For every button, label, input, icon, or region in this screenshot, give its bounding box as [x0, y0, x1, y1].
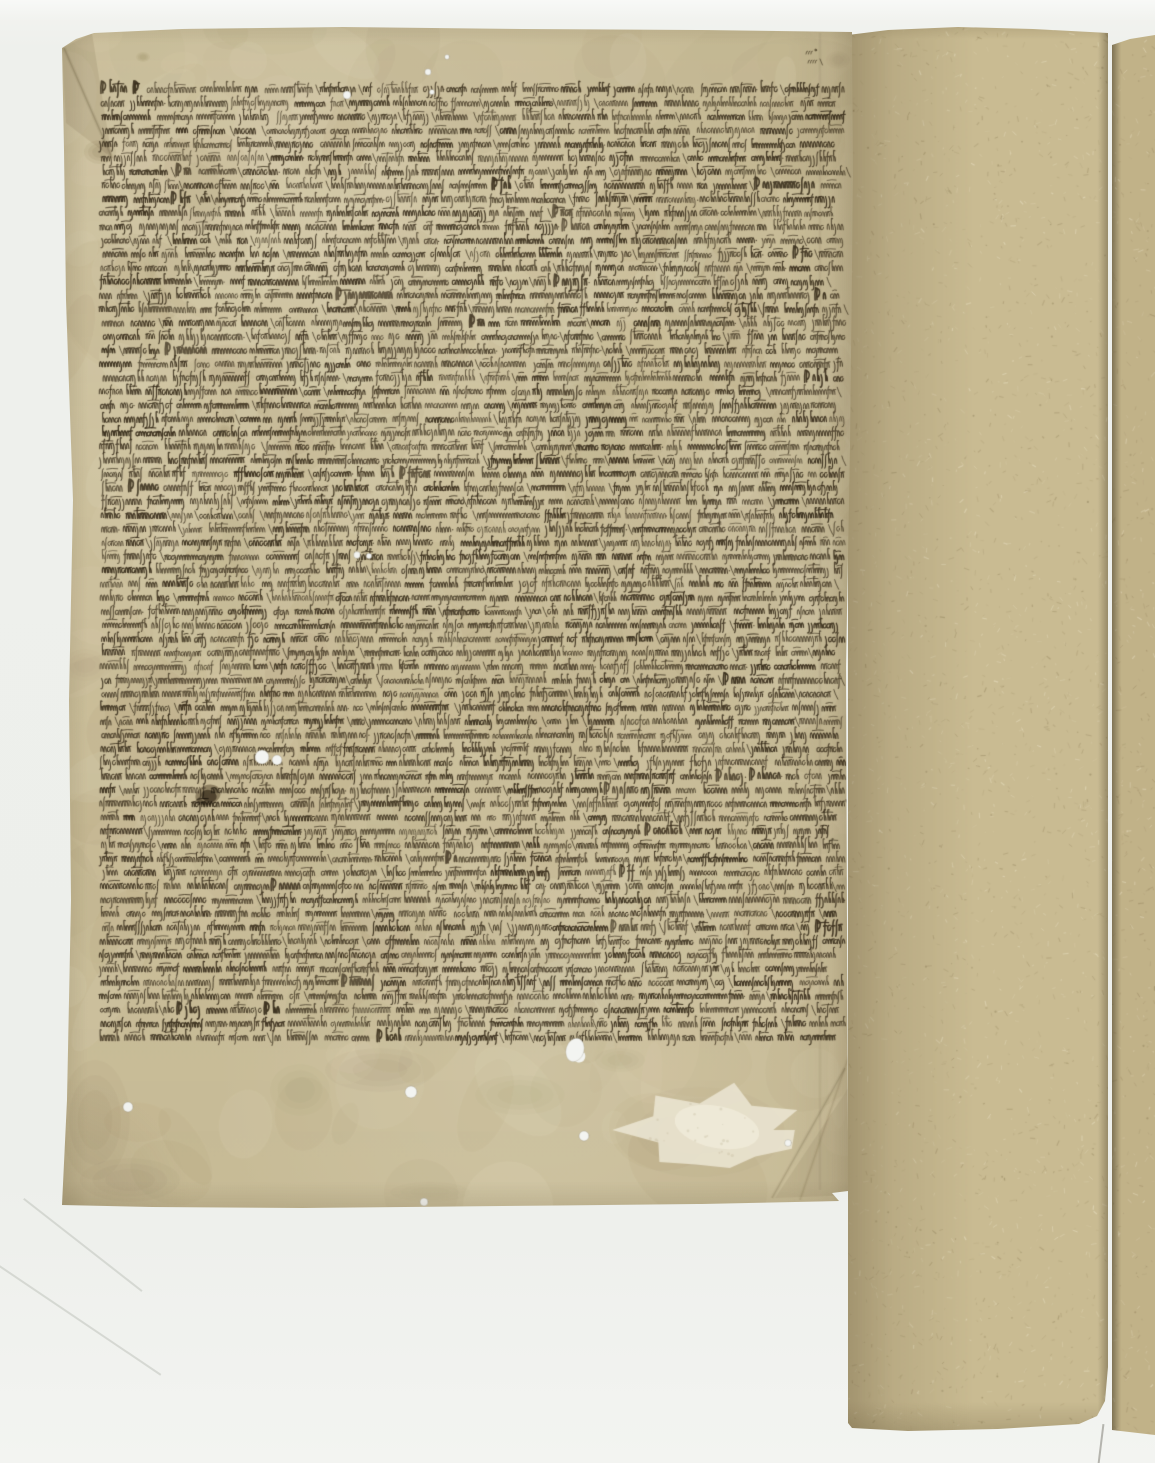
manuscript-text-canvas: [62, 27, 857, 1208]
guard-sheet-back-texture-canvas: [1112, 35, 1155, 1435]
archival-photo-scene: Archival photograph of a single medieval…: [0, 0, 1155, 1463]
guard-sheet-front-texture-canvas: [848, 27, 1108, 1433]
parchment-leaf: [62, 27, 857, 1208]
guard-sheet-front: [848, 27, 1108, 1433]
guard-sheet-back: [1112, 35, 1155, 1435]
